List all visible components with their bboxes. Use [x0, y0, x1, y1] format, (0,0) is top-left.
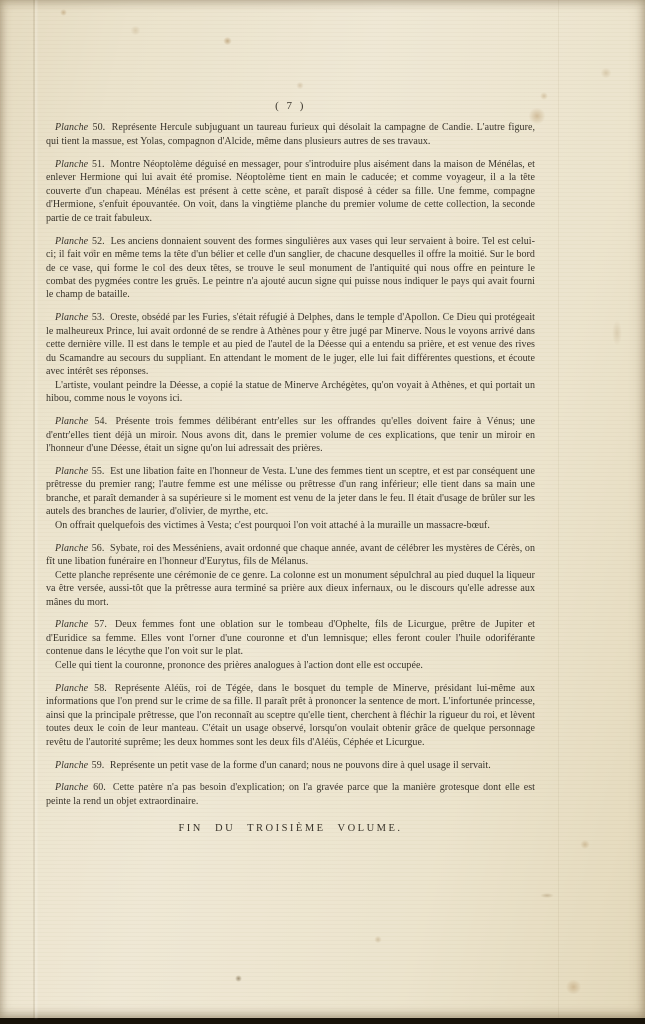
entry-followups: Cette planche représente une cérémonie d… — [46, 569, 535, 609]
plate-paragraph: Planche 50. Représente Hercule subjuguan… — [46, 121, 535, 148]
volume-end-line: FIN DU TROISIÈME VOLUME. — [46, 822, 535, 835]
plate-label: Planche — [55, 760, 88, 771]
plate-entry: Planche 60. Cette patère n'a pas besoin … — [46, 781, 535, 808]
paper-fold-line — [33, 0, 35, 1018]
plate-text: Représente un petit vase de la forme d'u… — [107, 760, 490, 771]
plate-entry: Planche 59. Représente un petit vase de … — [46, 759, 535, 772]
plate-number: 56. — [88, 543, 107, 554]
plate-number: 55. — [88, 466, 107, 477]
plate-number: 52. — [88, 236, 108, 247]
plate-label: Planche — [55, 236, 88, 247]
paper-sheet: ( 7 ) Planche 50. Représente Hercule sub… — [0, 0, 645, 1018]
plate-paragraph: Planche 58. Représente Aléüs, roi de Tég… — [46, 682, 535, 749]
entry-followups: On offrait quelquefois des victimes à Ve… — [46, 519, 535, 532]
entries: Planche 50. Représente Hercule subjuguan… — [46, 121, 535, 808]
plate-entry: Planche 56. Sybate, roi des Messéniens, … — [46, 542, 535, 609]
plate-entry: Planche 58. Représente Aléüs, roi de Tég… — [46, 682, 535, 749]
plate-label: Planche — [55, 543, 88, 554]
plate-text: Les anciens donnaient souvent des formes… — [46, 236, 535, 301]
plate-label: Planche — [55, 122, 88, 133]
plate-label: Planche — [55, 683, 88, 694]
foxing-spot — [374, 936, 382, 943]
plate-text: Est une libation faite en l'honneur de V… — [46, 466, 535, 517]
text-column: ( 7 ) Planche 50. Représente Hercule sub… — [46, 100, 535, 836]
foxing-spot — [540, 92, 548, 100]
plate-text: Montre Néoptolème déguisé en messager, p… — [46, 159, 535, 224]
foxing-spot — [580, 840, 590, 849]
plate-entry: Planche 53. Oreste, obsédé par les Furie… — [46, 311, 535, 405]
paper-chain-line — [558, 0, 559, 1018]
plate-followup: Cette planche représente une cérémonie d… — [46, 569, 535, 609]
plate-text: Deux femmes font une oblation sur le tom… — [46, 619, 535, 657]
plate-text: Cette patère n'a pas besoin d'explicatio… — [46, 782, 535, 806]
plate-text: Oreste, obsédé par les Furies, s'était r… — [46, 312, 535, 377]
plate-number: 50. — [88, 122, 108, 133]
plate-entry: Planche 50. Représente Hercule subjuguan… — [46, 121, 535, 148]
plate-text: Présente trois femmes délibérant entr'el… — [46, 416, 535, 454]
plate-paragraph: Planche 60. Cette patère n'a pas besoin … — [46, 781, 535, 808]
plate-number: 57. — [88, 619, 110, 630]
plate-text: Sybate, roi des Messéniens, avait ordonn… — [46, 543, 535, 567]
scanned-book-page: ( 7 ) Planche 50. Représente Hercule sub… — [0, 0, 645, 1024]
plate-label: Planche — [55, 416, 88, 427]
plate-label: Planche — [55, 159, 88, 170]
foxing-spot — [223, 37, 232, 45]
foxing-spot — [235, 975, 242, 982]
plate-paragraph: Planche 54. Présente trois femmes délibé… — [46, 415, 535, 455]
plate-paragraph: Planche 55. Est une libation faite en l'… — [46, 465, 535, 519]
page-number: ( 7 ) — [46, 100, 535, 113]
plate-entry: Planche 55. Est une libation faite en l'… — [46, 465, 535, 532]
plate-followup: Celle qui tient la couronne, prononce de… — [46, 659, 535, 672]
plate-entry: Planche 52. Les anciens donnaient souven… — [46, 235, 535, 302]
plate-paragraph: Planche 57. Deux femmes font une oblatio… — [46, 618, 535, 658]
plate-followup: On offrait quelquefois des victimes à Ve… — [46, 519, 535, 532]
plate-text: Représente Aléüs, roi de Tégée, dans le … — [46, 683, 535, 748]
foxing-spot — [130, 26, 141, 35]
foxing-spot — [60, 9, 67, 16]
plate-label: Planche — [55, 312, 88, 323]
foxing-spot — [612, 320, 622, 346]
plate-entry: Planche 51. Montre Néoptolème déguisé en… — [46, 158, 535, 225]
plate-number: 54. — [88, 416, 110, 427]
plate-number: 59. — [88, 760, 107, 771]
plate-paragraph: Planche 52. Les anciens donnaient souven… — [46, 235, 535, 302]
plate-text: Représente Hercule subjuguant un taureau… — [46, 122, 535, 146]
plate-paragraph: Planche 59. Représente un petit vase de … — [46, 759, 535, 772]
plate-entry: Planche 54. Présente trois femmes délibé… — [46, 415, 535, 455]
plate-paragraph: Planche 53. Oreste, obsédé par les Furie… — [46, 311, 535, 378]
plate-number: 58. — [88, 683, 110, 694]
foxing-spot — [565, 980, 582, 994]
entry-followups: L'artiste, voulant peindre la Déesse, a … — [46, 379, 535, 406]
plate-label: Planche — [55, 466, 88, 477]
foxing-spot — [296, 82, 304, 89]
foxing-spot — [600, 68, 612, 78]
plate-label: Planche — [55, 619, 88, 630]
entry-followups: Celle qui tient la couronne, prononce de… — [46, 659, 535, 672]
plate-entry: Planche 57. Deux femmes font une oblatio… — [46, 618, 535, 672]
plate-followup: L'artiste, voulant peindre la Déesse, a … — [46, 379, 535, 406]
plate-number: 60. — [88, 782, 109, 793]
plate-number: 53. — [88, 312, 107, 323]
plate-paragraph: Planche 51. Montre Néoptolème déguisé en… — [46, 158, 535, 225]
plate-number: 51. — [88, 159, 107, 170]
plate-paragraph: Planche 56. Sybate, roi des Messéniens, … — [46, 542, 535, 569]
foxing-spot — [540, 893, 554, 898]
plate-label: Planche — [55, 782, 88, 793]
